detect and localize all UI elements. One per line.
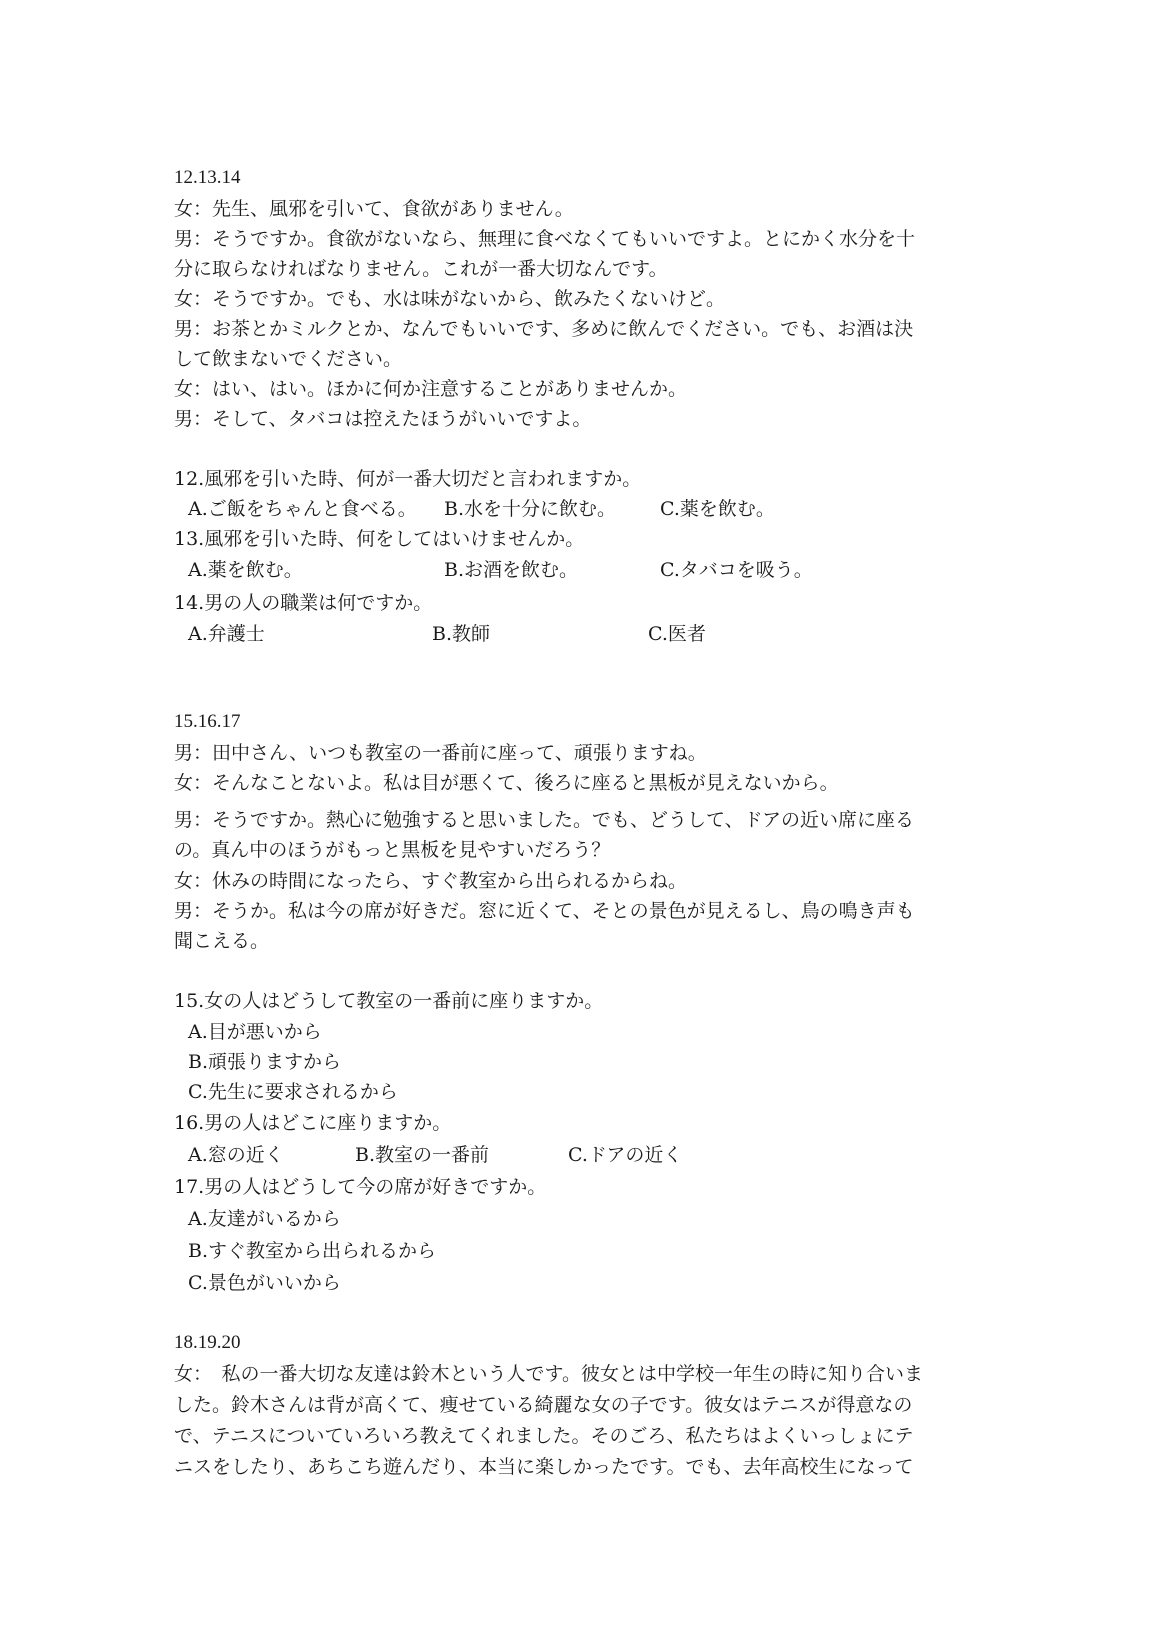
dialogue-line: 男：そうですか。熱心に勉強すると思いました。でも、どうして、ドアの近い席に座る — [174, 805, 914, 835]
option-16-b: B.教室の一番前 — [355, 1140, 489, 1170]
question-13: 13.風邪を引いた時、何をしてはいけませんか。 — [174, 524, 584, 554]
dialogue-line: 女： 私の一番大切な友達は鈴木という人です。彼女とは中学校一年生の時に知り合いま — [174, 1359, 923, 1389]
dialogue-line: 男：そうか。私は今の席が好きだ。窓に近くて、そとの景色が見えるし、鳥の鳴き声も — [174, 896, 915, 926]
option-13-c: C.タバコを吸う。 — [660, 555, 813, 585]
dialogue-line: ニスをしたり、あちこち遊んだり、本当に楽しかったです。でも、去年高校生になって — [174, 1452, 913, 1482]
option-17-b: B.すぐ教室から出られるから — [188, 1236, 436, 1266]
option-15-c: C.先生に要求されるから — [188, 1077, 398, 1107]
document-page: 12.13.14 女：先生、風邪を引いて、食欲がありません。 男：そうですか。食… — [0, 0, 1158, 1638]
dialogue-line: 女：先生、風邪を引いて、食欲がありません。 — [174, 194, 574, 224]
dialogue-line: 男：そうですか。食欲がないなら、無理に食べなくてもいいですよ。とにかく水分を十 — [174, 224, 915, 254]
dialogue-line: 女：はい、はい。ほかに何か注意することがありませんか。 — [174, 374, 687, 404]
dialogue-line: 女：休みの時間になったら、すぐ教室から出られるからね。 — [174, 866, 687, 896]
question-15: 15.女の人はどうして教室の一番前に座りますか。 — [174, 986, 603, 1016]
dialogue-line: 聞こえる。 — [174, 926, 269, 956]
dialogue-line: の。真ん中のほうがもっと黒板を見やすいだろう？ — [174, 835, 610, 865]
option-17-c: C.景色がいいから — [188, 1268, 341, 1298]
option-14-b: B.教師 — [432, 619, 490, 649]
option-16-c: C.ドアの近く — [568, 1140, 682, 1170]
dialogue-line: 男：お茶とかミルクとか、なんでもいいです、多めに飲んでください。でも、お酒は決 — [174, 314, 913, 344]
option-14-c: C.医者 — [648, 619, 706, 649]
question-14: 14.男の人の職業は何ですか。 — [174, 588, 432, 618]
section-label: 12.13.14 — [174, 163, 241, 193]
option-13-b: B.お酒を飲む。 — [444, 555, 578, 585]
dialogue-line: 女：そんなことないよ。私は目が悪くて、後ろに座ると黒板が見えないから。 — [174, 768, 839, 798]
option-15-a: A.目が悪いから — [188, 1017, 322, 1047]
option-12-c: C.薬を飲む。 — [660, 494, 775, 524]
option-13-a: A.薬を飲む。 — [188, 555, 303, 585]
option-17-a: A.友達がいるから — [188, 1204, 341, 1234]
section-label: 18.19.20 — [174, 1328, 241, 1358]
option-14-a: A.弁護士 — [188, 619, 265, 649]
question-12: 12.風邪を引いた時、何が一番大切だと言われますか。 — [174, 464, 641, 494]
dialogue-line: で、テニスについていろいろ教えてくれました。そのごろ、私たちはよくいっしょにテ — [174, 1421, 913, 1451]
question-16: 16.男の人はどこに座りますか。 — [174, 1108, 451, 1138]
option-16-a: A.窓の近く — [188, 1140, 284, 1170]
dialogue-line: 女：そうですか。でも、水は味がないから、飲みたくないけど。 — [174, 284, 725, 314]
dialogue-line: 分に取らなければなりません。これが一番大切なんです。 — [174, 254, 668, 284]
option-15-b: B.頑張りますから — [188, 1047, 341, 1077]
option-12-a: A.ご飯をちゃんと食べる。 — [188, 494, 417, 524]
dialogue-line: 男：そして、タバコは控えたほうがいいですよ。 — [174, 404, 591, 434]
question-17: 17.男の人はどうして今の席が好きですか。 — [174, 1172, 546, 1202]
dialogue-line: して飲まないでください。 — [174, 344, 402, 374]
option-12-b: B.水を十分に飲む。 — [444, 494, 616, 524]
section-label: 15.16.17 — [174, 707, 241, 737]
dialogue-line: した。鈴木さんは背が高くて、痩せている綺麗な女の子です。彼女はテニスが得意なの — [174, 1390, 912, 1420]
dialogue-line: 男：田中さん、いつも教室の一番前に座って、頑張りますね。 — [174, 738, 707, 768]
